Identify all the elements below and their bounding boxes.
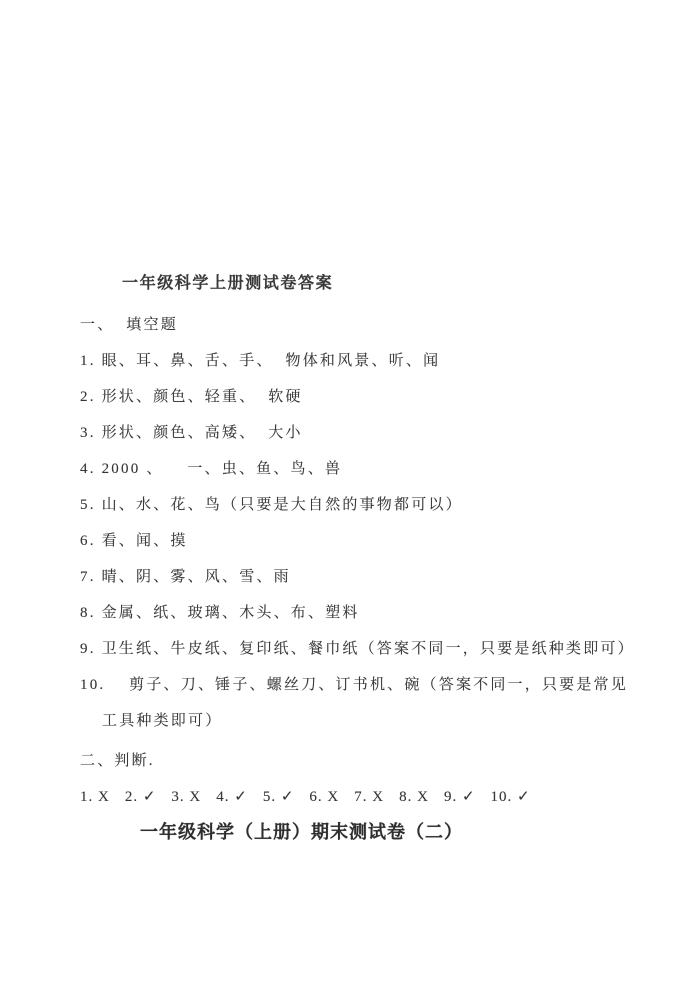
judgment-item-7: 7. X [354, 788, 384, 806]
document-page: 一年级科学上册测试卷答案 一、 填空题 1. 眼、耳、鼻、舌、手、 物体和风景、… [0, 0, 700, 989]
judgment-item-6: 6. X [309, 788, 339, 806]
answer-line-3: 3. 形状、颜色、高矮、 大小 [80, 424, 645, 442]
judgment-item-9: 9. ✓ [444, 788, 476, 806]
answer-line-8: 8. 金属、纸、玻璃、木头、布、塑料 [80, 604, 645, 622]
judgment-item-2: 2. ✓ [125, 788, 157, 806]
answer-line-5: 5. 山、水、花、鸟（只要是大自然的事物都可以） [80, 496, 645, 514]
judgment-item-8: 8. X [399, 788, 429, 806]
judgment-item-1: 1. X [80, 788, 110, 806]
document-title: 一年级科学上册测试卷答案 [122, 274, 645, 294]
judgment-answer-line: 1. X 2. ✓ 3. X 4. ✓ 5. ✓ 6. X 7. X 8. X … [80, 788, 645, 806]
answer-line-6: 6. 看、闻、摸 [80, 532, 645, 550]
section-1-heading: 一、 填空题 [80, 316, 645, 334]
answer-line-9: 9. 卫生纸、牛皮纸、复印纸、餐巾纸（答案不同一，只要是纸种类即可） [80, 640, 645, 658]
answer-line-2: 2. 形状、颜色、轻重、 软硬 [80, 388, 645, 406]
judgment-item-3: 3. X [171, 788, 201, 806]
judgment-item-5: 5. ✓ [263, 788, 295, 806]
judgment-item-10: 10. ✓ [491, 788, 531, 806]
next-paper-title: 一年级科学（上册）期末测试卷（二） [140, 820, 645, 844]
answer-line-4: 4. 2000 、 一、虫、鱼、鸟、兽 [80, 460, 645, 478]
judgment-item-4: 4. ✓ [216, 788, 248, 806]
answer-line-7: 7. 晴、阴、雾、风、雪、雨 [80, 568, 645, 586]
section-2-heading: 二、判断. [80, 752, 645, 770]
answer-line-10: 10. 剪子、刀、锤子、螺丝刀、订书机、碗（答案不同一，只要是常见 [80, 676, 645, 694]
answer-line-10-continuation: 工具种类即可） [80, 712, 645, 730]
document-content: 一年级科学上册测试卷答案 一、 填空题 1. 眼、耳、鼻、舌、手、 物体和风景、… [80, 274, 645, 844]
answer-line-1: 1. 眼、耳、鼻、舌、手、 物体和风景、听、闻 [80, 352, 645, 370]
